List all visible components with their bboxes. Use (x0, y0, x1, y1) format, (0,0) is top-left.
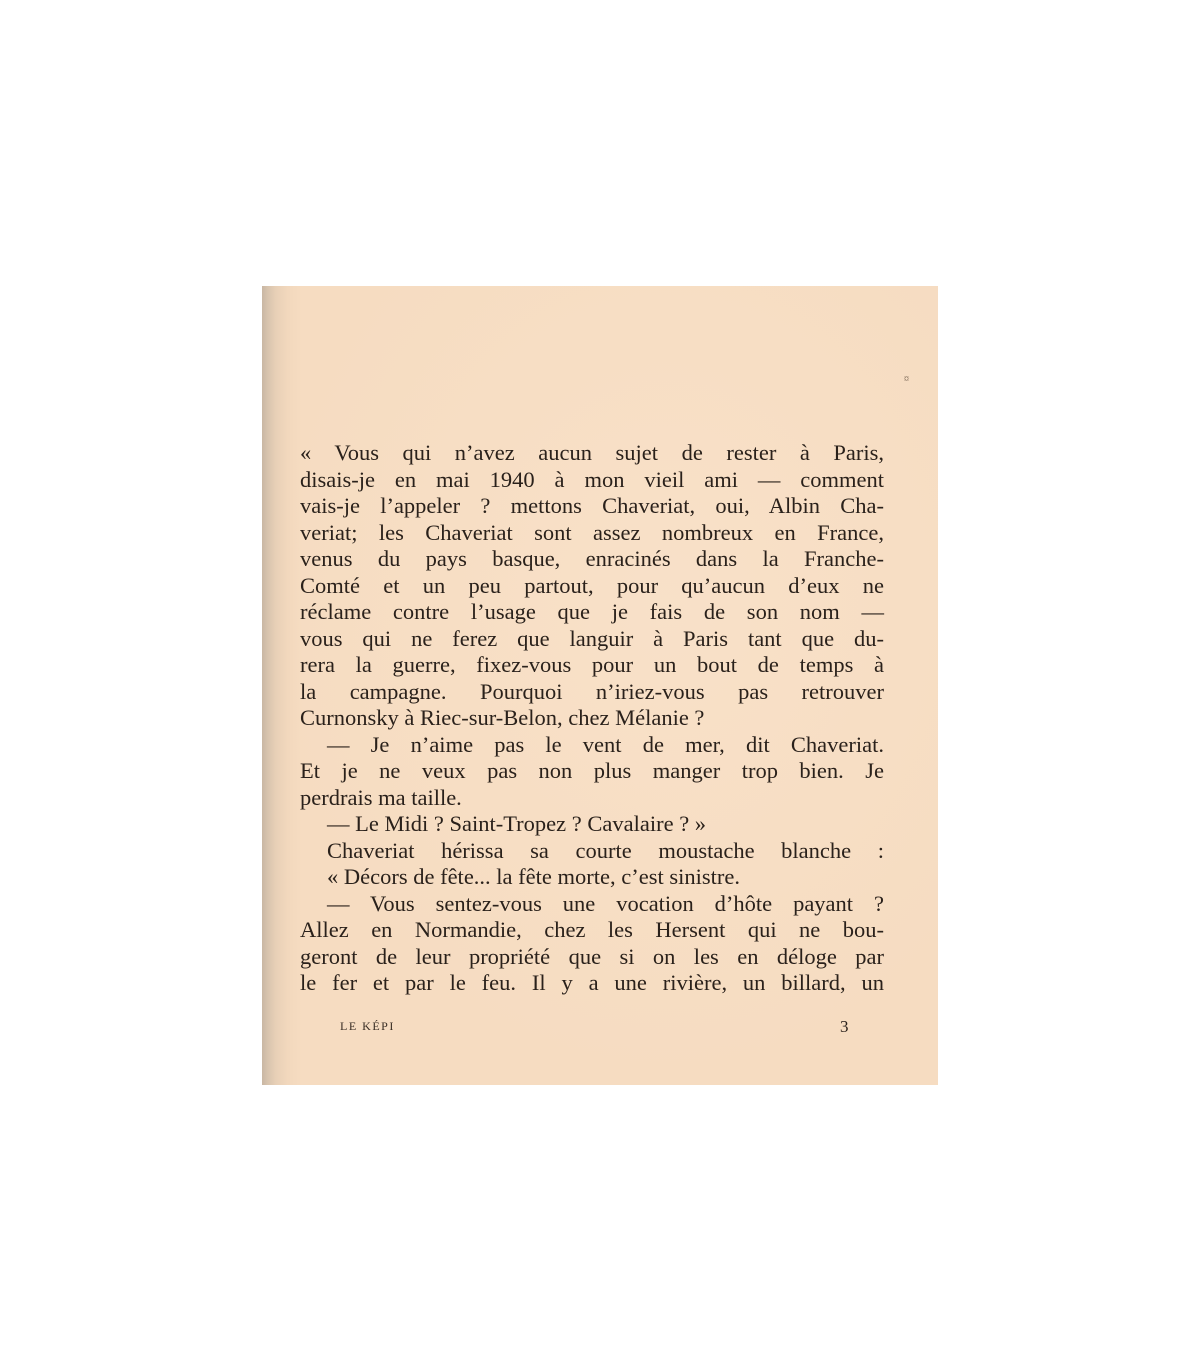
book-page: ¤ « Vous qui n’avez aucun sujet de reste… (262, 286, 938, 1085)
text-line: Chaveriat hérissa sa courte moustache bl… (300, 838, 884, 865)
text-line: « Vous qui n’avez aucun sujet de rester … (300, 440, 884, 467)
text-line: veriat; les Chaveriat sont assez nombreu… (300, 520, 884, 547)
text-line: « Décors de fête... la fête morte, c’est… (300, 864, 884, 891)
running-title: LE KÉPI (340, 1019, 395, 1034)
text-line: Comté et un peu partout, pour qu’aucun d… (300, 573, 884, 600)
print-speck: ¤ (904, 374, 909, 385)
text-line: rera la guerre, fixez-vous pour un bout … (300, 652, 884, 679)
text-line: vais-je l’appeler ? mettons Chaveriat, o… (300, 493, 884, 520)
page-number: 3 (840, 1017, 849, 1037)
text-line: réclame contre l’usage que je fais de so… (300, 599, 884, 626)
text-line: — Le Midi ? Saint-Tropez ? Cavalaire ? » (300, 811, 884, 838)
text-line: Allez en Normandie, chez les Hersent qui… (300, 917, 884, 944)
text-line: vous qui ne ferez que languir à Paris ta… (300, 626, 884, 653)
text-line: — Je n’aime pas le vent de mer, dit Chav… (300, 732, 884, 759)
text-line: — Vous sentez-vous une vocation d’hôte p… (300, 891, 884, 918)
text-line: la campagne. Pourquoi n’iriez-vous pas r… (300, 679, 884, 706)
body-text: « Vous qui n’avez aucun sujet de rester … (300, 440, 884, 997)
text-line: geront de leur propriété que si on les e… (300, 944, 884, 971)
text-line: Curnonsky à Riec-sur-Belon, chez Mélanie… (300, 705, 884, 732)
text-line: venus du pays basque, enracinés dans la … (300, 546, 884, 573)
text-line: le fer et par le feu. Il y a une rivière… (300, 970, 884, 997)
text-line: disais-je en mai 1940 à mon vieil ami — … (300, 467, 884, 494)
text-line: perdrais ma taille. (300, 785, 884, 812)
text-line: Et je ne veux pas non plus manger trop b… (300, 758, 884, 785)
